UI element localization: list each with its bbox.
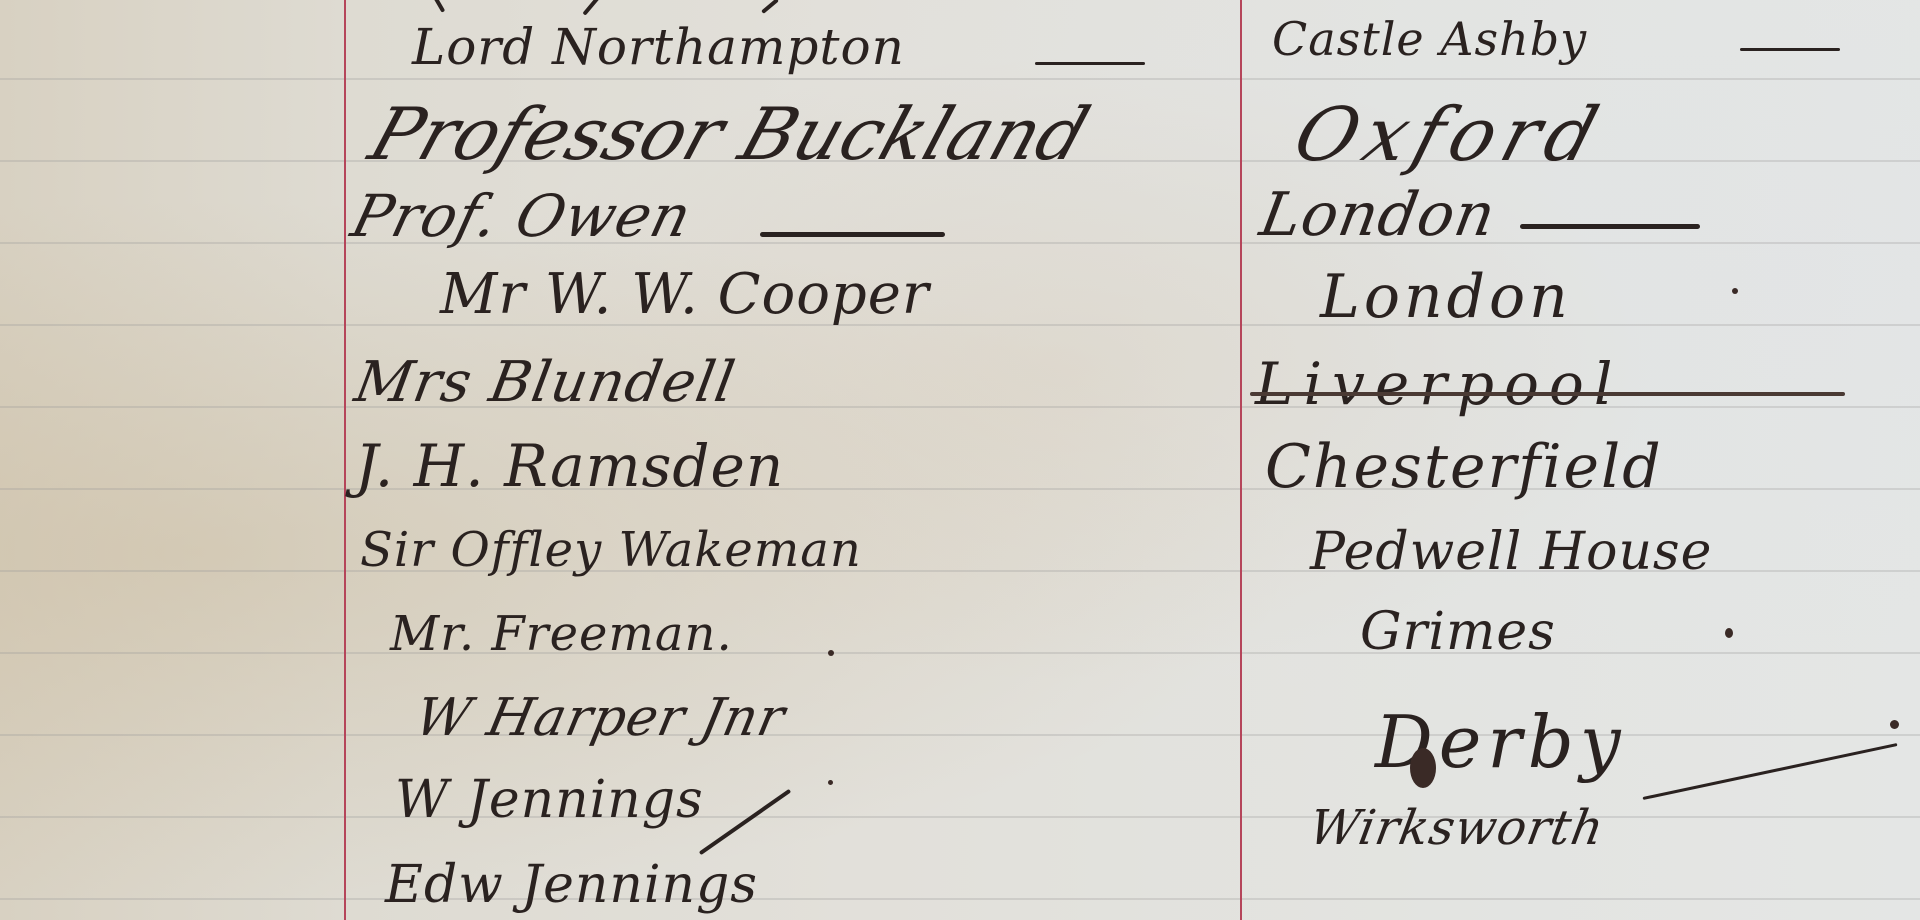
entry-residence: Castle Ashby <box>1272 12 1587 66</box>
underline-flourish <box>1520 224 1700 229</box>
strikethrough-flourish <box>1250 392 1845 396</box>
ruled-line <box>0 78 1920 80</box>
underline-flourish <box>1035 62 1145 65</box>
entry-residence: Liverpool <box>1255 350 1622 418</box>
entry-residence: Pedwell House <box>1310 522 1712 582</box>
column-divider-rule <box>1240 0 1242 920</box>
ruled-line <box>0 816 1920 818</box>
underline-flourish <box>1740 48 1840 51</box>
entry-residence: Grimes <box>1360 602 1556 662</box>
ruled-line <box>0 242 1920 244</box>
ruled-line <box>0 898 1920 900</box>
ink-dot <box>828 780 833 785</box>
cutoff-ink-stroke <box>761 0 779 14</box>
left-margin-rule <box>344 0 346 920</box>
entry-residence: Wirksworth <box>1305 800 1609 856</box>
entry-name: Mr. Freeman. <box>390 606 733 662</box>
entry-name: W Jennings <box>395 770 704 830</box>
entry-residence: Chesterfield <box>1265 432 1663 502</box>
ink-dot <box>1725 628 1733 638</box>
ruled-line <box>0 652 1920 654</box>
entry-name: Mrs Blundell <box>350 350 740 415</box>
ledger-page: Lord Northampton Professor Buckland Prof… <box>0 0 1920 920</box>
entry-name: J. H. Ramsden <box>355 432 784 500</box>
entry-residence: London <box>1255 180 1501 250</box>
entry-name: Professor Buckland <box>360 92 1099 176</box>
underline-flourish <box>760 232 945 237</box>
tail-flourish <box>1643 743 1898 800</box>
ink-blot <box>1410 748 1436 788</box>
entry-name: Lord Northampton <box>412 18 905 76</box>
cutoff-ink-stroke <box>582 0 599 16</box>
ink-dot <box>1890 720 1899 729</box>
ruled-line <box>0 324 1920 326</box>
entry-residence: London <box>1320 262 1572 332</box>
descender-flourish <box>699 789 791 855</box>
entry-name: Edw Jennings <box>385 855 758 915</box>
entry-name: W Harper Jnr <box>410 688 791 748</box>
entry-residence: Oxford <box>1285 92 1615 178</box>
ruled-line <box>0 406 1920 408</box>
cutoff-ink-stroke <box>433 0 445 13</box>
entry-name: Mr W. W. Cooper <box>440 262 930 327</box>
entry-name: Sir Offley Wakeman <box>360 522 862 578</box>
ruled-line <box>0 734 1920 736</box>
ink-dot <box>1732 288 1738 294</box>
ink-dot <box>828 650 834 656</box>
entry-name: Prof. Owen <box>345 182 699 250</box>
